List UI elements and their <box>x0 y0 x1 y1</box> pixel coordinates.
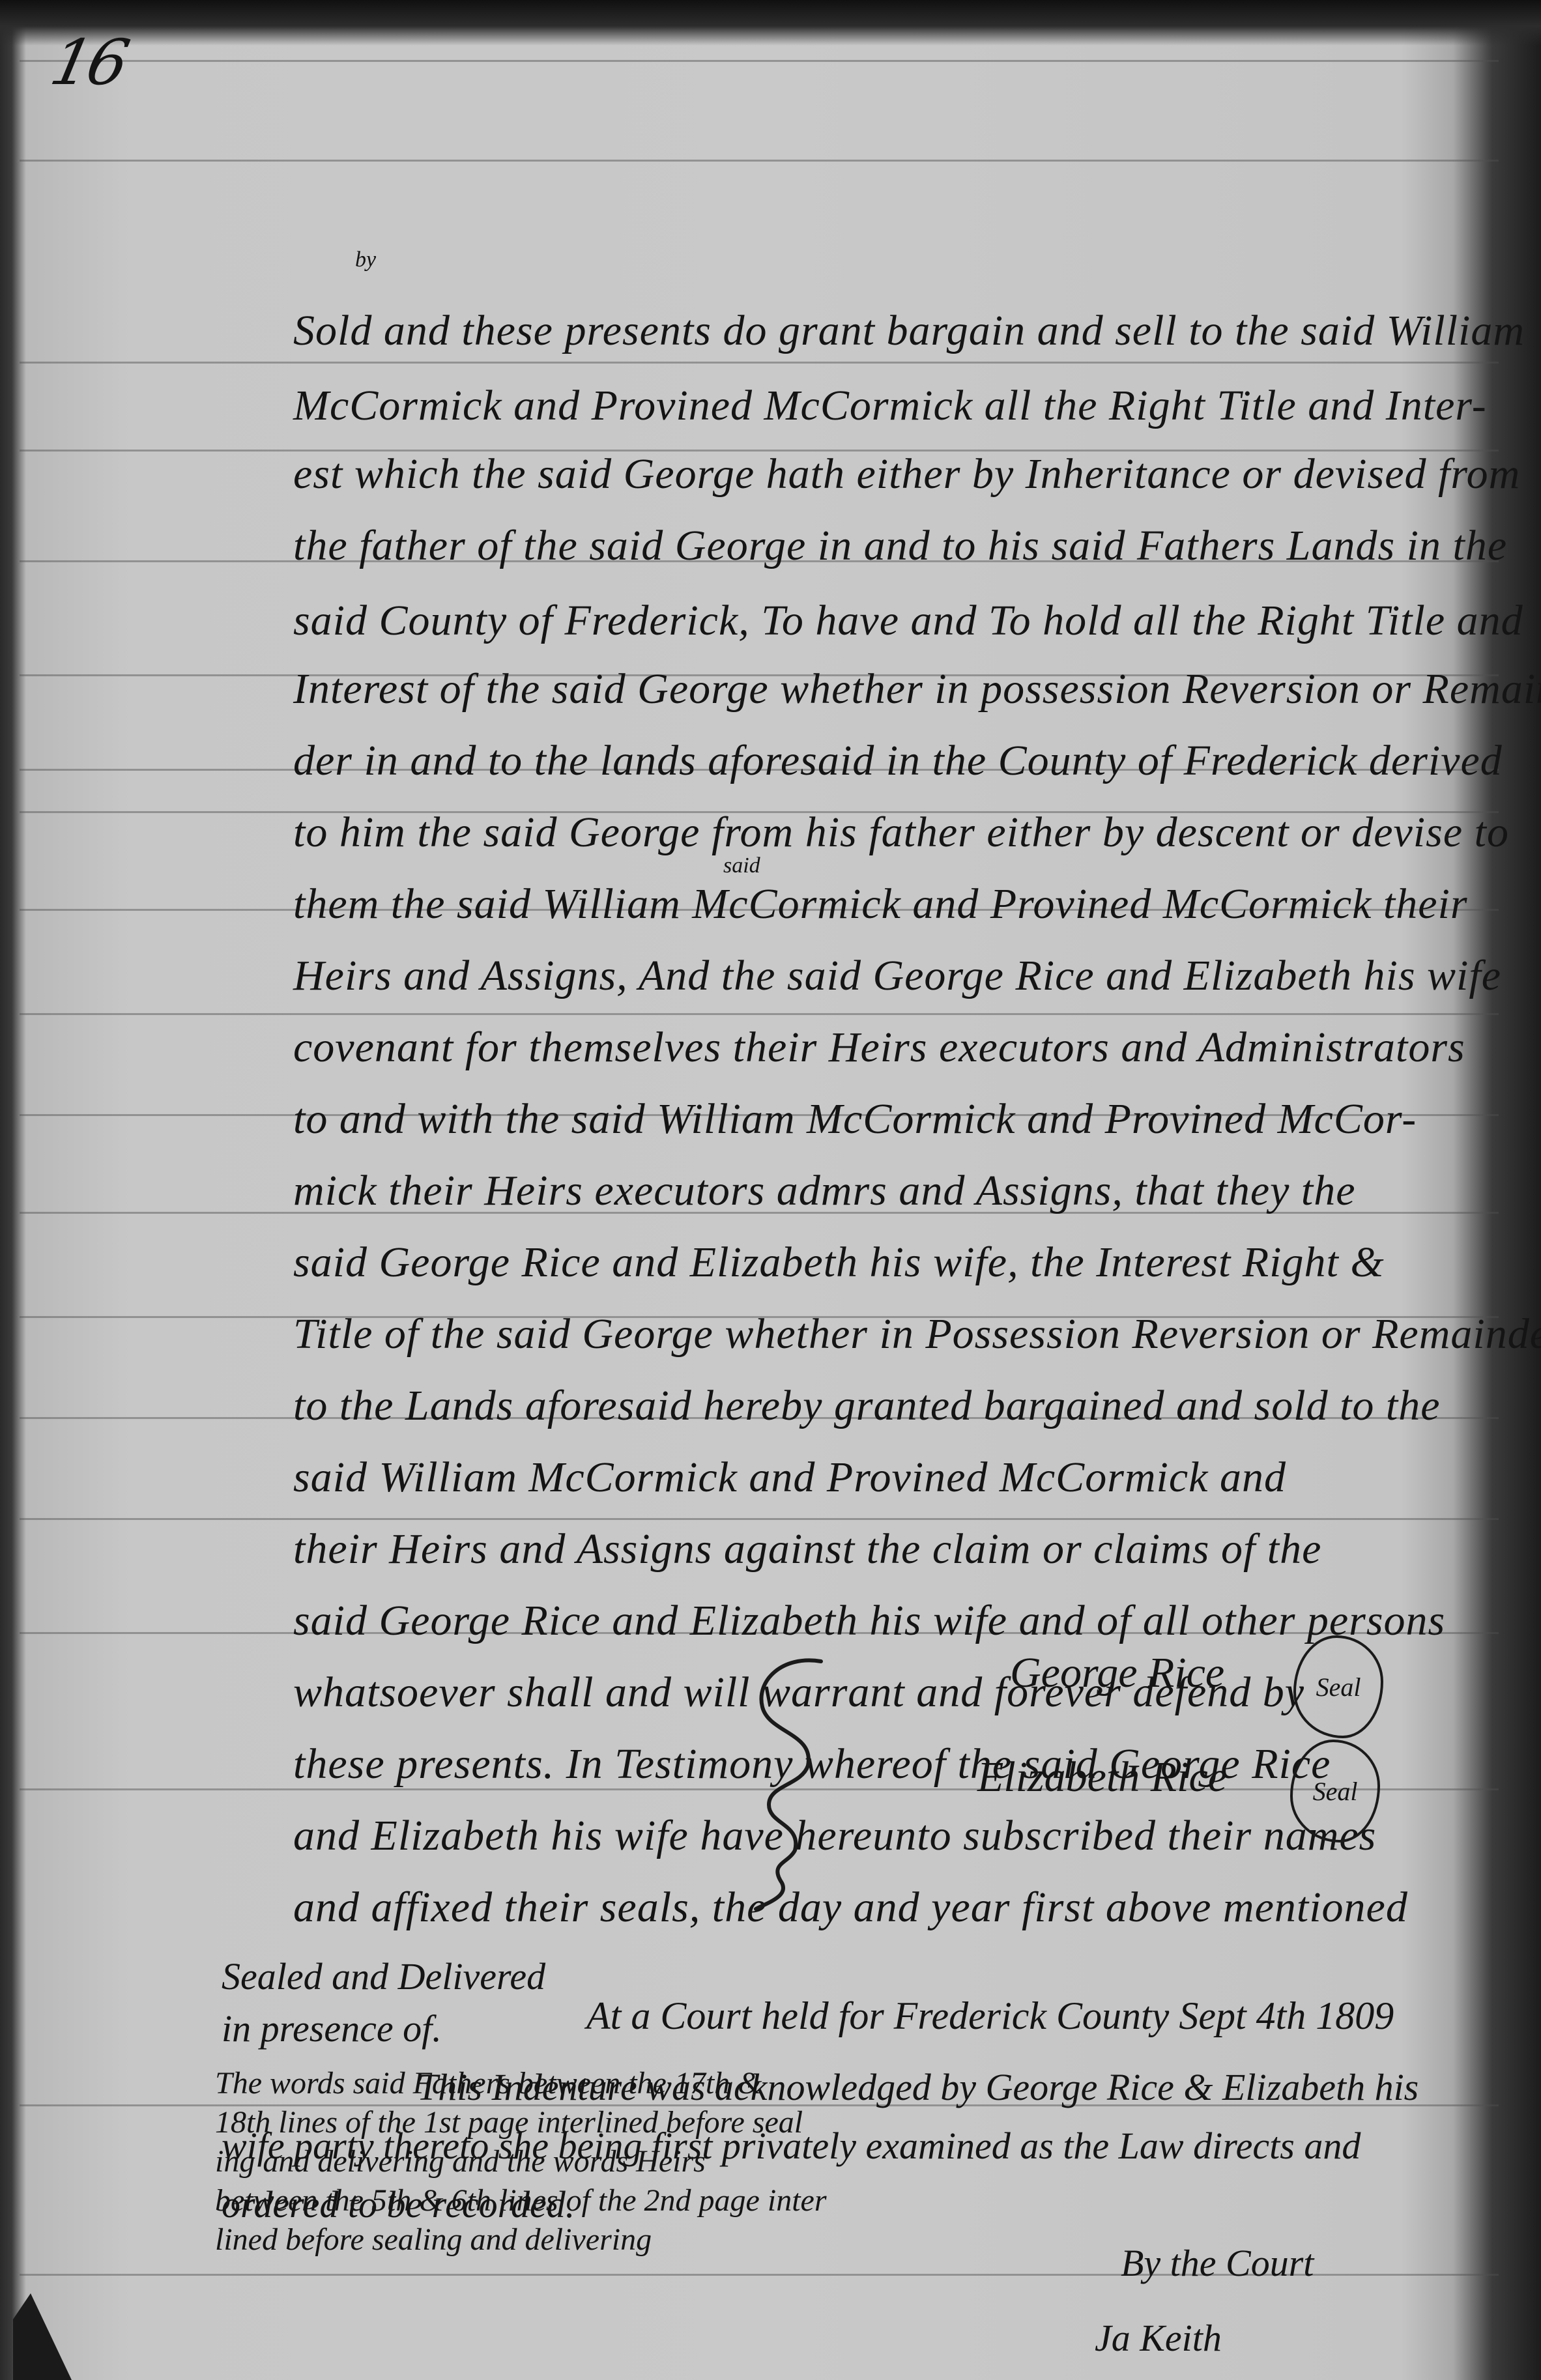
body-line: whatsoever shall and will warrant and fo… <box>293 1668 1440 1717</box>
body-line: to and with the said William McCormick a… <box>293 1095 1440 1144</box>
body-line: Interest of the said George whether in p… <box>293 665 1440 714</box>
seal-label: Seal <box>1316 1672 1361 1702</box>
body-line: der in and to the lands aforesaid in the… <box>293 736 1440 786</box>
body-line: covenant for themselves their Heirs exec… <box>293 1023 1440 1072</box>
body-line: and affixed their seals, the day and yea… <box>293 1883 1440 1932</box>
court-paragraph-line: This Indenture was acknowledged by Georg… <box>417 2065 1419 2109</box>
court-heading: At a Court held for Frederick County Sep… <box>586 1994 1394 2039</box>
body-line: to him the said George from his father e… <box>293 808 1440 857</box>
attest-by-the-court: By the Court <box>1121 2241 1314 2285</box>
ruled-line <box>20 362 1499 364</box>
brace-icon <box>743 1655 841 1928</box>
body-line: these presents. In Testimony whereof the… <box>293 1740 1440 1789</box>
page-top-shadow <box>0 0 1541 46</box>
court-paragraph-line: wife party thereto she being first priva… <box>222 2124 1361 2168</box>
body-line: them the said William McCormick and Prov… <box>293 880 1440 929</box>
body-line: said George Rice and Elizabeth his wife,… <box>293 1238 1440 1287</box>
ledger-page: 16 by said Sold and these presents do gr… <box>0 0 1541 2380</box>
body-line: est which the said George hath either by… <box>293 450 1440 499</box>
binding-tab <box>13 2293 72 2380</box>
ruled-line <box>20 1013 1499 1015</box>
body-line: and Elizabeth his wife have hereunto sub… <box>293 1811 1440 1861</box>
clerk-signature: Ja Keith <box>1095 2316 1222 2360</box>
body-line: said George Rice and Elizabeth his wife … <box>293 1596 1440 1646</box>
witness-heading: Sealed and Delivered <box>222 1955 545 1998</box>
seal-label: Seal <box>1313 1776 1358 1807</box>
signature-george-rice: George Rice <box>1010 1648 1224 1698</box>
body-line: McCormick and Provined McCormick all the… <box>293 381 1440 431</box>
body-line: the father of the said George in and to … <box>293 521 1440 571</box>
body-line: Heirs and Assigns, And the said George R… <box>293 951 1440 1001</box>
court-paragraph-line: ordered to be recorded. <box>222 2183 575 2226</box>
interlineation-by: by <box>355 248 376 272</box>
body-line: Sold and these presents do grant bargain… <box>293 306 1440 356</box>
body-line: Title of the said George whether in Poss… <box>293 1310 1440 1359</box>
body-line: their Heirs and Assigns against the clai… <box>293 1525 1440 1574</box>
body-line: said County of Frederick, To have and To… <box>293 596 1440 646</box>
signature-elizabeth-rice: Elizabeth Rice <box>977 1753 1227 1802</box>
body-line: to the Lands aforesaid hereby granted ba… <box>293 1381 1440 1431</box>
body-line: said William McCormick and Provined McCo… <box>293 1453 1440 1502</box>
ruled-line <box>20 1518 1499 1520</box>
witness-subheading: in presence of. <box>222 2007 442 2050</box>
seal-icon: Seal <box>1290 1740 1380 1842</box>
page-number: 16 <box>44 26 132 99</box>
ruled-line <box>20 160 1499 162</box>
witness-note-line: lined before sealing and delivering <box>215 2222 652 2258</box>
body-line: mick their Heirs executors admrs and Ass… <box>293 1166 1440 1216</box>
seal-icon: Seal <box>1293 1635 1383 1738</box>
ruled-line <box>20 60 1499 62</box>
